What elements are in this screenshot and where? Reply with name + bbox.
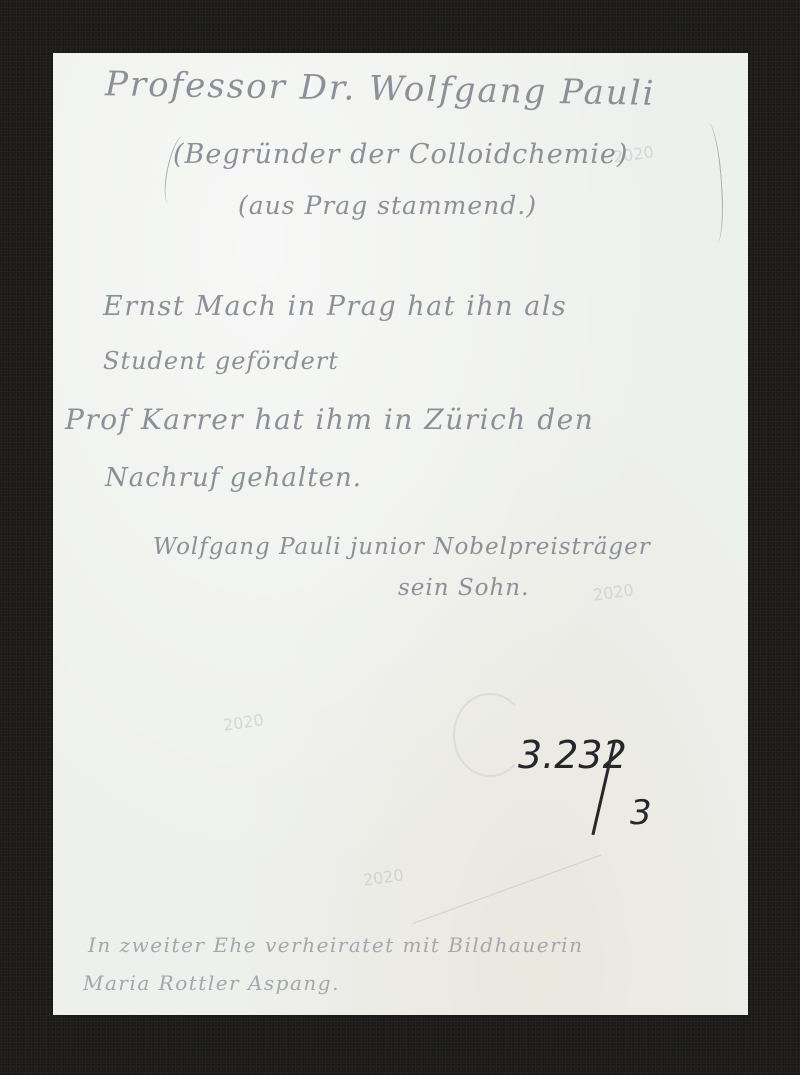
subtitle-line-2: (aus Prag stammend.) bbox=[238, 191, 537, 220]
karrer-line-1: Prof Karrer hat ihm in Zürich den bbox=[65, 403, 594, 436]
ghost-stamp-mark: 2020 bbox=[362, 865, 405, 889]
pauli-junior-line-2: sein Sohn. bbox=[398, 575, 529, 601]
ghost-stamp-mark: 2020 bbox=[592, 580, 635, 604]
ghost-ring-mark bbox=[453, 693, 527, 777]
karrer-line-2: Nachruf gehalten. bbox=[105, 463, 362, 493]
title-line: Professor Dr. Wolfgang Pauli bbox=[105, 64, 656, 114]
archival-card: 2020 2020 2020 2020 Professor Dr. Wolfga… bbox=[53, 53, 748, 1015]
bracket-right bbox=[699, 122, 726, 243]
footer-line-2: Maria Rottler Aspang. bbox=[83, 971, 340, 995]
ghost-stamp-mark: 2020 bbox=[222, 710, 265, 734]
pauli-junior-line-1: Wolfgang Pauli junior Nobelpreisträger bbox=[153, 534, 651, 560]
subtitle-line-1: (Begründer der Colloidchemie) bbox=[173, 139, 628, 170]
footer-line-1: In zweiter Ehe verheiratet mit Bildhauer… bbox=[88, 933, 583, 957]
mach-line-1: Ernst Mach in Prag hat ihn als bbox=[103, 291, 567, 322]
mach-line-2: Student gefördert bbox=[103, 347, 339, 375]
faint-pencil-line bbox=[413, 855, 601, 924]
inventory-number-denominator: 3 bbox=[630, 793, 652, 833]
